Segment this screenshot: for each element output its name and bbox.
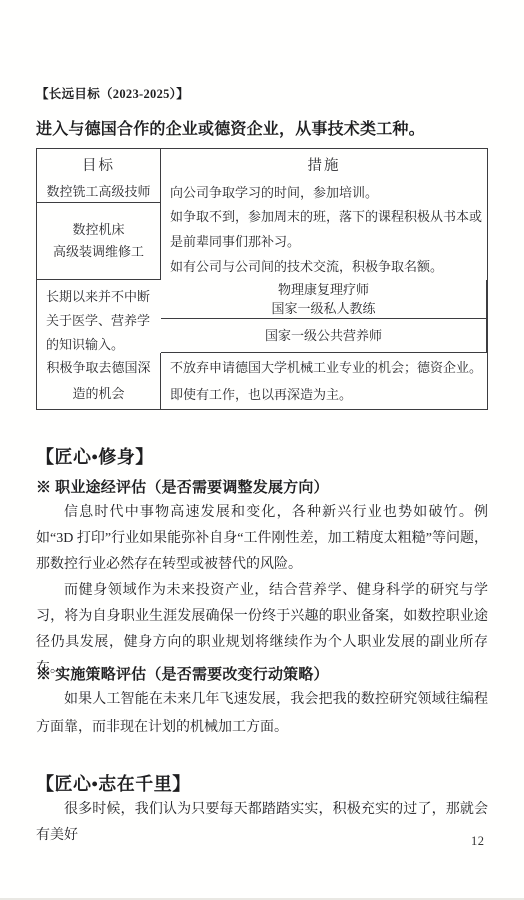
measure-text: 如争取不到，参加周末的班，落下的课程积极从书本或是前辈同事们那补习。 (170, 204, 483, 254)
aspiration-paragraph-block: 很多时候，我们认为只要每天都踏踏实实，积极充实的过了，那就会有美好 (36, 797, 488, 849)
paragraph-industry-change: 信息时代中事物高速发展和变化，各种新兴行业也势如破竹。例如“3D 打印”行业如果… (36, 500, 488, 578)
goal-measure-table: 目标 措施 数控铣工高级技师 向公司争取学习的时间，参加培训。 数控机床 高级装… (36, 148, 488, 410)
measure-text: 长期以来并不中断关于医学、营养学的知识输入。 (46, 285, 157, 353)
page-number: 12 (471, 834, 485, 849)
measure-cell-health-knowledge: 长期以来并不中断关于医学、营养学的知识输入。 在适当的空闲时期，参加周末培训班并… (37, 280, 161, 353)
table-header-goal: 目标 (37, 149, 161, 179)
goal-cell-machine-repair: 数控机床 高级装调维修工 (37, 203, 161, 280)
goal-cell-physio-trainer: 物理康复理疗师 国家一级私人教练 (161, 280, 487, 319)
craftsman-aspiration-heading: 【匠心•志在千里】 (36, 770, 488, 796)
paragraph-ai-strategy: 如果人工智能在未来几年飞速发展，我会把我的数控研究领域往编程方面靠，而非现在计划… (36, 686, 488, 742)
goal-cell-nutritionist: 国家一级公共营养师 (161, 319, 487, 353)
career-path-evaluation-bullet: ※ 职业途经评估（是否需要调整发展方向） (36, 476, 488, 497)
measure-text: 如有公司与公司间的技术交流，积极争取名额。 (170, 254, 483, 279)
strategy-evaluation-bullet: ※ 实施策略评估（是否需要改变行动策略） (36, 663, 488, 684)
goal-cell-machine-repair-line1: 数控机床 (72, 219, 124, 241)
goal-cell-physio-line1: 物理康复理疗师 (278, 280, 369, 299)
measure-text: 即使有工作，也以再深造为主。 (170, 381, 483, 408)
measure-text: 不放弃申请德国大学机械工业专业的机会；德资企业。 (170, 354, 483, 381)
goal-cell-cnc-miller: 数控铣工高级技师 (37, 179, 161, 203)
goal-cell-machine-repair-line2: 高级装调维修工 (53, 241, 144, 263)
document-page: 【长远目标（2023-2025）】 进入与德国合作的企业或德资企业，从事技术类工… (0, 0, 524, 900)
long-term-goal-heading: 【长远目标（2023-2025）】 (36, 84, 488, 102)
craftsman-cultivation-heading: 【匠心•修身】 (36, 443, 488, 469)
goal-cell-germany-study: 积极争取去德国深造的机会 (37, 353, 161, 409)
table-header-measures: 措施 (161, 149, 487, 179)
measure-cell-cnc-miller: 向公司争取学习的时间，参加培训。 (161, 179, 487, 203)
strategy-paragraph-block: 如果人工智能在未来几年飞速发展，我会把我的数控研究领域往编程方面靠，而非现在计划… (36, 686, 488, 742)
goal-cell-physio-line2: 国家一级私人教练 (271, 299, 375, 318)
paragraph-everyday-effort: 很多时候，我们认为只要每天都踏踏实实，积极充实的过了，那就会有美好 (36, 797, 488, 849)
measure-cell-machine-repair: 如争取不到，参加周末的班，落下的课程积极从书本或是前辈同事们那补习。 如有公司与… (161, 203, 487, 280)
career-path-paragraphs: 信息时代中事物高速发展和变化，各种新兴行业也势如破竹。例如“3D 打印”行业如果… (36, 500, 488, 682)
measure-cell-germany-study: 不放弃申请德国大学机械工业专业的机会；德资企业。 即使有工作，也以再深造为主。 (161, 353, 487, 409)
long-term-goal-lead: 进入与德国合作的企业或德资企业，从事技术类工种。 (36, 116, 488, 139)
